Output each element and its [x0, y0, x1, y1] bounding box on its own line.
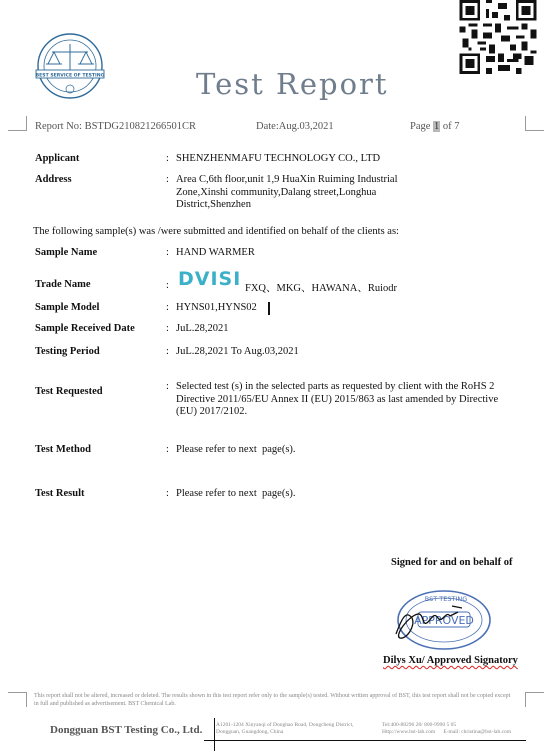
- footer-contact: Tel:400-88296 28/ 800-9990 5 05 Http://w…: [382, 722, 511, 736]
- colon: :: [166, 488, 169, 499]
- footer-divider: [204, 740, 526, 741]
- sample-name-label: Sample Name: [35, 247, 97, 258]
- footer-company-name: Dongguan BST Testing Co., Ltd.: [50, 724, 202, 736]
- svg-text:BST TESTING: BST TESTING: [425, 595, 468, 603]
- report-number-value: BSTDG210821266501CR: [85, 121, 196, 132]
- testing-period-value: JuL.28,2021 To Aug.03,2021: [176, 346, 299, 359]
- colon: :: [166, 280, 169, 291]
- trade-name-label: Trade Name: [35, 279, 91, 290]
- page-indicator: Page 1 of 7: [410, 121, 460, 132]
- footer-address-line: A1201-1204 Xinyanqi of Donghao Road, Don…: [216, 722, 353, 729]
- crop-mark: [8, 692, 27, 707]
- approved-signatory: Dilys Xu/ Approved Signatory: [383, 655, 518, 666]
- report-date-label: Date:: [256, 121, 279, 132]
- colon: :: [166, 153, 169, 164]
- footer-web-email: Http://www.bst-lab.com E-mail: christina…: [382, 729, 511, 736]
- crop-mark: [8, 116, 27, 131]
- received-date-label: Sample Received Date: [35, 323, 135, 334]
- test-requested-line: Directive 2011/65/EU Annex II (EU) 2015/…: [176, 394, 498, 407]
- colon: :: [166, 346, 169, 357]
- footer-address-line: Dongguan, Guangdong, China: [216, 729, 353, 736]
- test-method-label: Test Method: [35, 444, 91, 455]
- applicant-value: SHENZHENMAFU TECHNOLOGY CO., LTD: [176, 153, 380, 166]
- address-value: Area C,6th floor,unit 1,9 HuaXin Ruiming…: [176, 174, 398, 212]
- test-result-value: Please refer to next page(s).: [176, 488, 296, 501]
- approved-stamp-icon: APPROVED BST TESTING: [388, 588, 492, 652]
- colon: :: [166, 247, 169, 258]
- footer-divider: [214, 718, 215, 751]
- report-number: Report No: BSTDG210821266501CR: [35, 121, 196, 132]
- test-method-value: Please refer to next page(s).: [176, 444, 296, 457]
- footer-disclaimer: This report shall not be altered, increa…: [34, 692, 514, 708]
- text-cursor: [268, 302, 270, 315]
- address-line: Zone,Xinshi community,Dalang street,Long…: [176, 187, 398, 200]
- address-line: Area C,6th floor,unit 1,9 HuaXin Ruiming…: [176, 174, 398, 187]
- colon: :: [166, 444, 169, 455]
- bst-logo-icon: BEST SERVICE OF TESTING: [34, 32, 106, 100]
- sample-model-label: Sample Model: [35, 302, 99, 313]
- test-requested-value: Selected test (s) in the selected parts …: [176, 381, 498, 419]
- test-requested-line: (EU) 2017/2102.: [176, 406, 498, 419]
- report-number-label: Report No:: [35, 121, 82, 132]
- page-label: Page: [410, 121, 430, 132]
- crop-mark: [525, 116, 544, 131]
- colon: :: [166, 323, 169, 334]
- trade-name-value: FXQ、MKG、HAWANA、Ruiodr: [245, 280, 397, 295]
- signatory-name: Dilys Xu/ Approved Signatory: [383, 655, 518, 666]
- qr-code-icon: [459, 0, 537, 74]
- dvisi-brand-logo: DVISI: [178, 268, 241, 290]
- colon: :: [166, 381, 169, 392]
- test-requested-line: Selected test (s) in the selected parts …: [176, 381, 498, 394]
- colon: :: [166, 302, 169, 313]
- footer-phone: Tel:400-88296 28/ 800-9990 5 05: [382, 722, 511, 729]
- test-result-label: Test Result: [35, 488, 85, 499]
- report-date: Date:Aug.03,2021: [256, 121, 334, 132]
- received-date-value: JuL.28,2021: [176, 323, 229, 336]
- colon: :: [166, 174, 169, 185]
- page-title: Test Report: [196, 67, 389, 101]
- sample-model-value: HYNS01,HYNS02: [176, 302, 257, 315]
- address-label: Address: [35, 174, 72, 185]
- address-line: District,Shenzhen: [176, 199, 398, 212]
- page-current: 1: [433, 121, 440, 132]
- intro-text: The following sample(s) was /were submit…: [33, 226, 399, 237]
- applicant-label: Applicant: [35, 153, 79, 164]
- crop-mark: [525, 692, 544, 707]
- report-date-value: Aug.03,2021: [279, 121, 334, 132]
- svg-text:BEST SERVICE OF TESTING: BEST SERVICE OF TESTING: [36, 73, 105, 79]
- testing-period-label: Testing Period: [35, 346, 100, 357]
- sample-name-value: HAND WARMER: [176, 247, 255, 260]
- test-requested-label: Test Requested: [35, 386, 103, 397]
- signed-for-text: Signed for and on behalf of: [391, 557, 512, 568]
- footer-address: A1201-1204 Xinyanqi of Donghao Road, Don…: [216, 722, 353, 736]
- page-total: of 7: [443, 121, 460, 132]
